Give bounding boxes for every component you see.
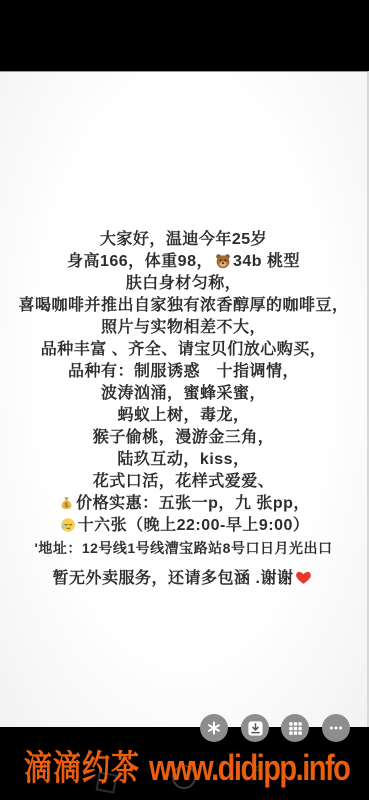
text-line: 蚂蚁上树，毒龙， bbox=[0, 405, 367, 427]
text-line: 陆玖互动，kiss， bbox=[0, 449, 367, 471]
text-line: 照片与实物相差不大， bbox=[0, 317, 367, 339]
text-segment: 十六张（晚上22:00-早上9:00） bbox=[78, 517, 310, 534]
download-button[interactable] bbox=[241, 714, 269, 742]
more-button[interactable] bbox=[322, 714, 350, 742]
more-icon bbox=[328, 720, 344, 736]
text-line: 波涛汹涌，蜜蜂采蜜， bbox=[0, 383, 367, 405]
svg-text:$: $ bbox=[65, 502, 69, 509]
text-line-greeting: 大家好，温迪今年25岁 bbox=[0, 229, 367, 251]
text-line: 猴子偷桃，漫游金三角， bbox=[0, 427, 367, 449]
grid-icon bbox=[288, 721, 303, 736]
content-panel: 大家好，温迪今年25岁 身高166，体重98，34b 桃型 肤白身材匀称， 喜喝… bbox=[0, 71, 369, 727]
watermark-url: www.didipp.info bbox=[149, 749, 349, 790]
screen: 大家好，温迪今年25岁 身高166，体重98，34b 桃型 肤白身材匀称， 喜喝… bbox=[0, 0, 369, 800]
asterisk-icon bbox=[206, 720, 222, 736]
sleepy-face-emoji-icon bbox=[60, 517, 76, 533]
red-heart-emoji-icon bbox=[295, 569, 312, 586]
text-line: 品种丰富 、齐全、请宝贝们放心购买， bbox=[0, 339, 367, 361]
watermark-brand: 滴滴约茶 bbox=[24, 741, 140, 791]
text-segment: 34b 桃型 bbox=[233, 253, 300, 270]
text-line-stats: 身高166，体重98，34b 桃型 bbox=[0, 251, 367, 273]
asterisk-button[interactable] bbox=[200, 714, 228, 742]
watermark: 滴滴约茶 www.didipp.info bbox=[24, 741, 349, 791]
ad-text-block: 大家好，温迪今年25岁 身高166，体重98，34b 桃型 肤白身材匀称， 喜喝… bbox=[0, 229, 367, 590]
text-line: 花式口活，花样式爱爱、 bbox=[0, 471, 367, 493]
bottom-black-bar: 滴滴约茶 www.didipp.info bbox=[0, 727, 369, 800]
text-line-note: 暂无外卖服务，还请多包涵 .谢谢 bbox=[0, 568, 367, 590]
download-icon bbox=[247, 720, 264, 737]
grid-button[interactable] bbox=[281, 714, 309, 742]
text-line: 肤白身材匀称， bbox=[0, 273, 367, 295]
text-segment: 暂无外卖服务，还请多包涵 .谢谢 bbox=[53, 570, 294, 587]
text-line: 品种有：制服诱惑 十指调情， bbox=[0, 361, 367, 383]
text-line-night-price: 十六张（晚上22:00-早上9:00） bbox=[0, 515, 367, 537]
money-bag-emoji-icon: $ bbox=[59, 495, 74, 511]
text-line-price: $价格实惠：五张一p，九 张pp， bbox=[0, 493, 367, 515]
text-segment: 身高166，体重98， bbox=[67, 253, 213, 270]
text-line: 喜喝咖啡并推出自家独有浓香醇厚的咖啡豆， bbox=[0, 295, 367, 317]
text-segment: 价格实惠：五张一p，九 张pp， bbox=[76, 495, 310, 512]
bear-emoji-icon bbox=[215, 253, 231, 269]
top-black-bar bbox=[0, 0, 369, 71]
text-line-address: '地址：12号线1号线漕宝路站8号口日月光出口 bbox=[0, 537, 367, 559]
